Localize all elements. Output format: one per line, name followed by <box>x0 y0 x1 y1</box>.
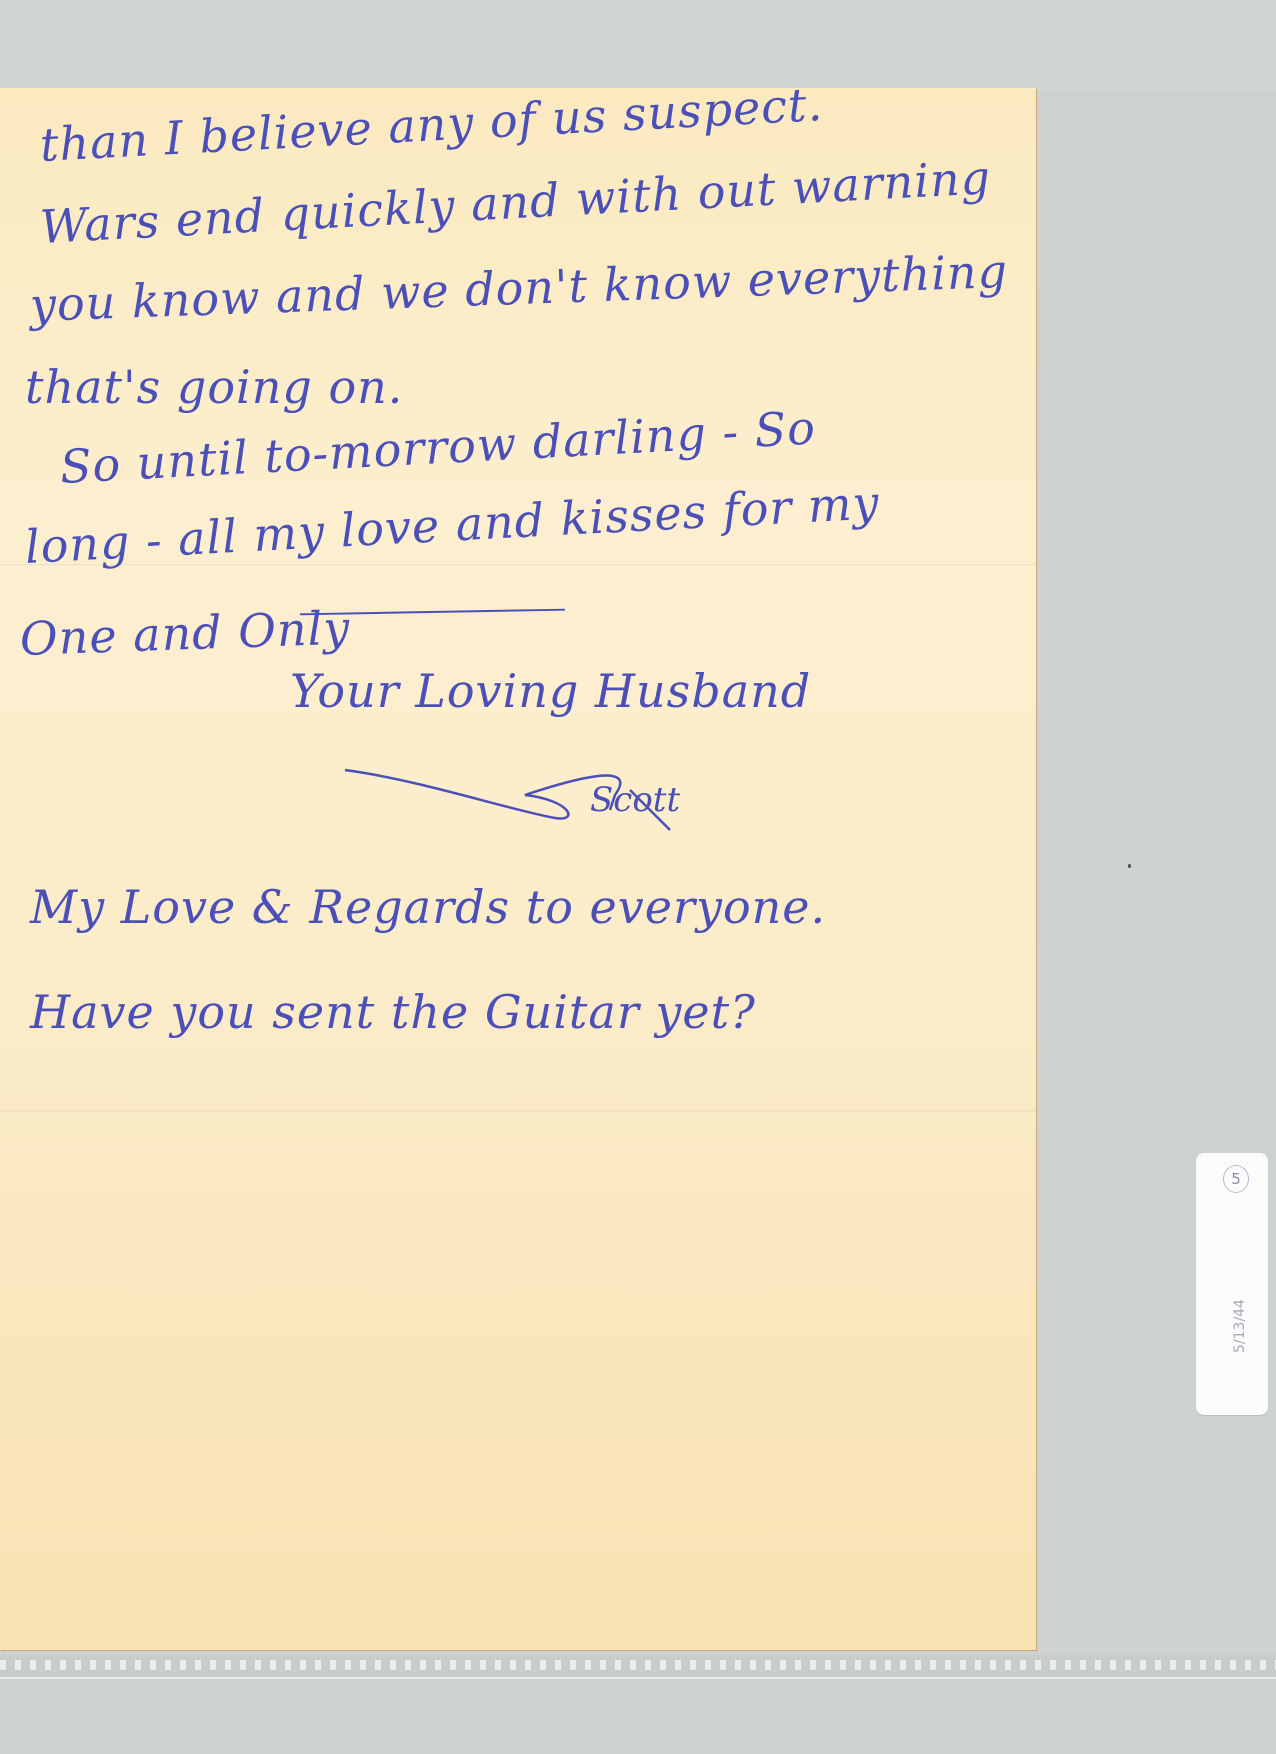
postscript-line-2: Have you sent the Guitar yet? <box>30 985 756 1039</box>
signature: Scott <box>340 760 710 840</box>
letter-line-7: One and Only <box>19 600 351 665</box>
letter-line-4: that's going on. <box>25 360 403 414</box>
closing-line: Your Loving Husband <box>290 664 811 718</box>
fold-crease-lower <box>0 1110 1036 1113</box>
dust-speck <box>1128 864 1131 868</box>
archive-tag: 5 5/13/44 <box>1196 1153 1268 1415</box>
tag-page-number: 5 <box>1223 1165 1249 1193</box>
signature-text: Scott <box>590 780 680 820</box>
tag-date: 5/13/44 <box>1232 1299 1248 1353</box>
scanner-background <box>0 0 1276 90</box>
postscript-line-1: My Love & Regards to everyone. <box>30 880 826 934</box>
sleeve-perforations <box>0 1660 1276 1670</box>
